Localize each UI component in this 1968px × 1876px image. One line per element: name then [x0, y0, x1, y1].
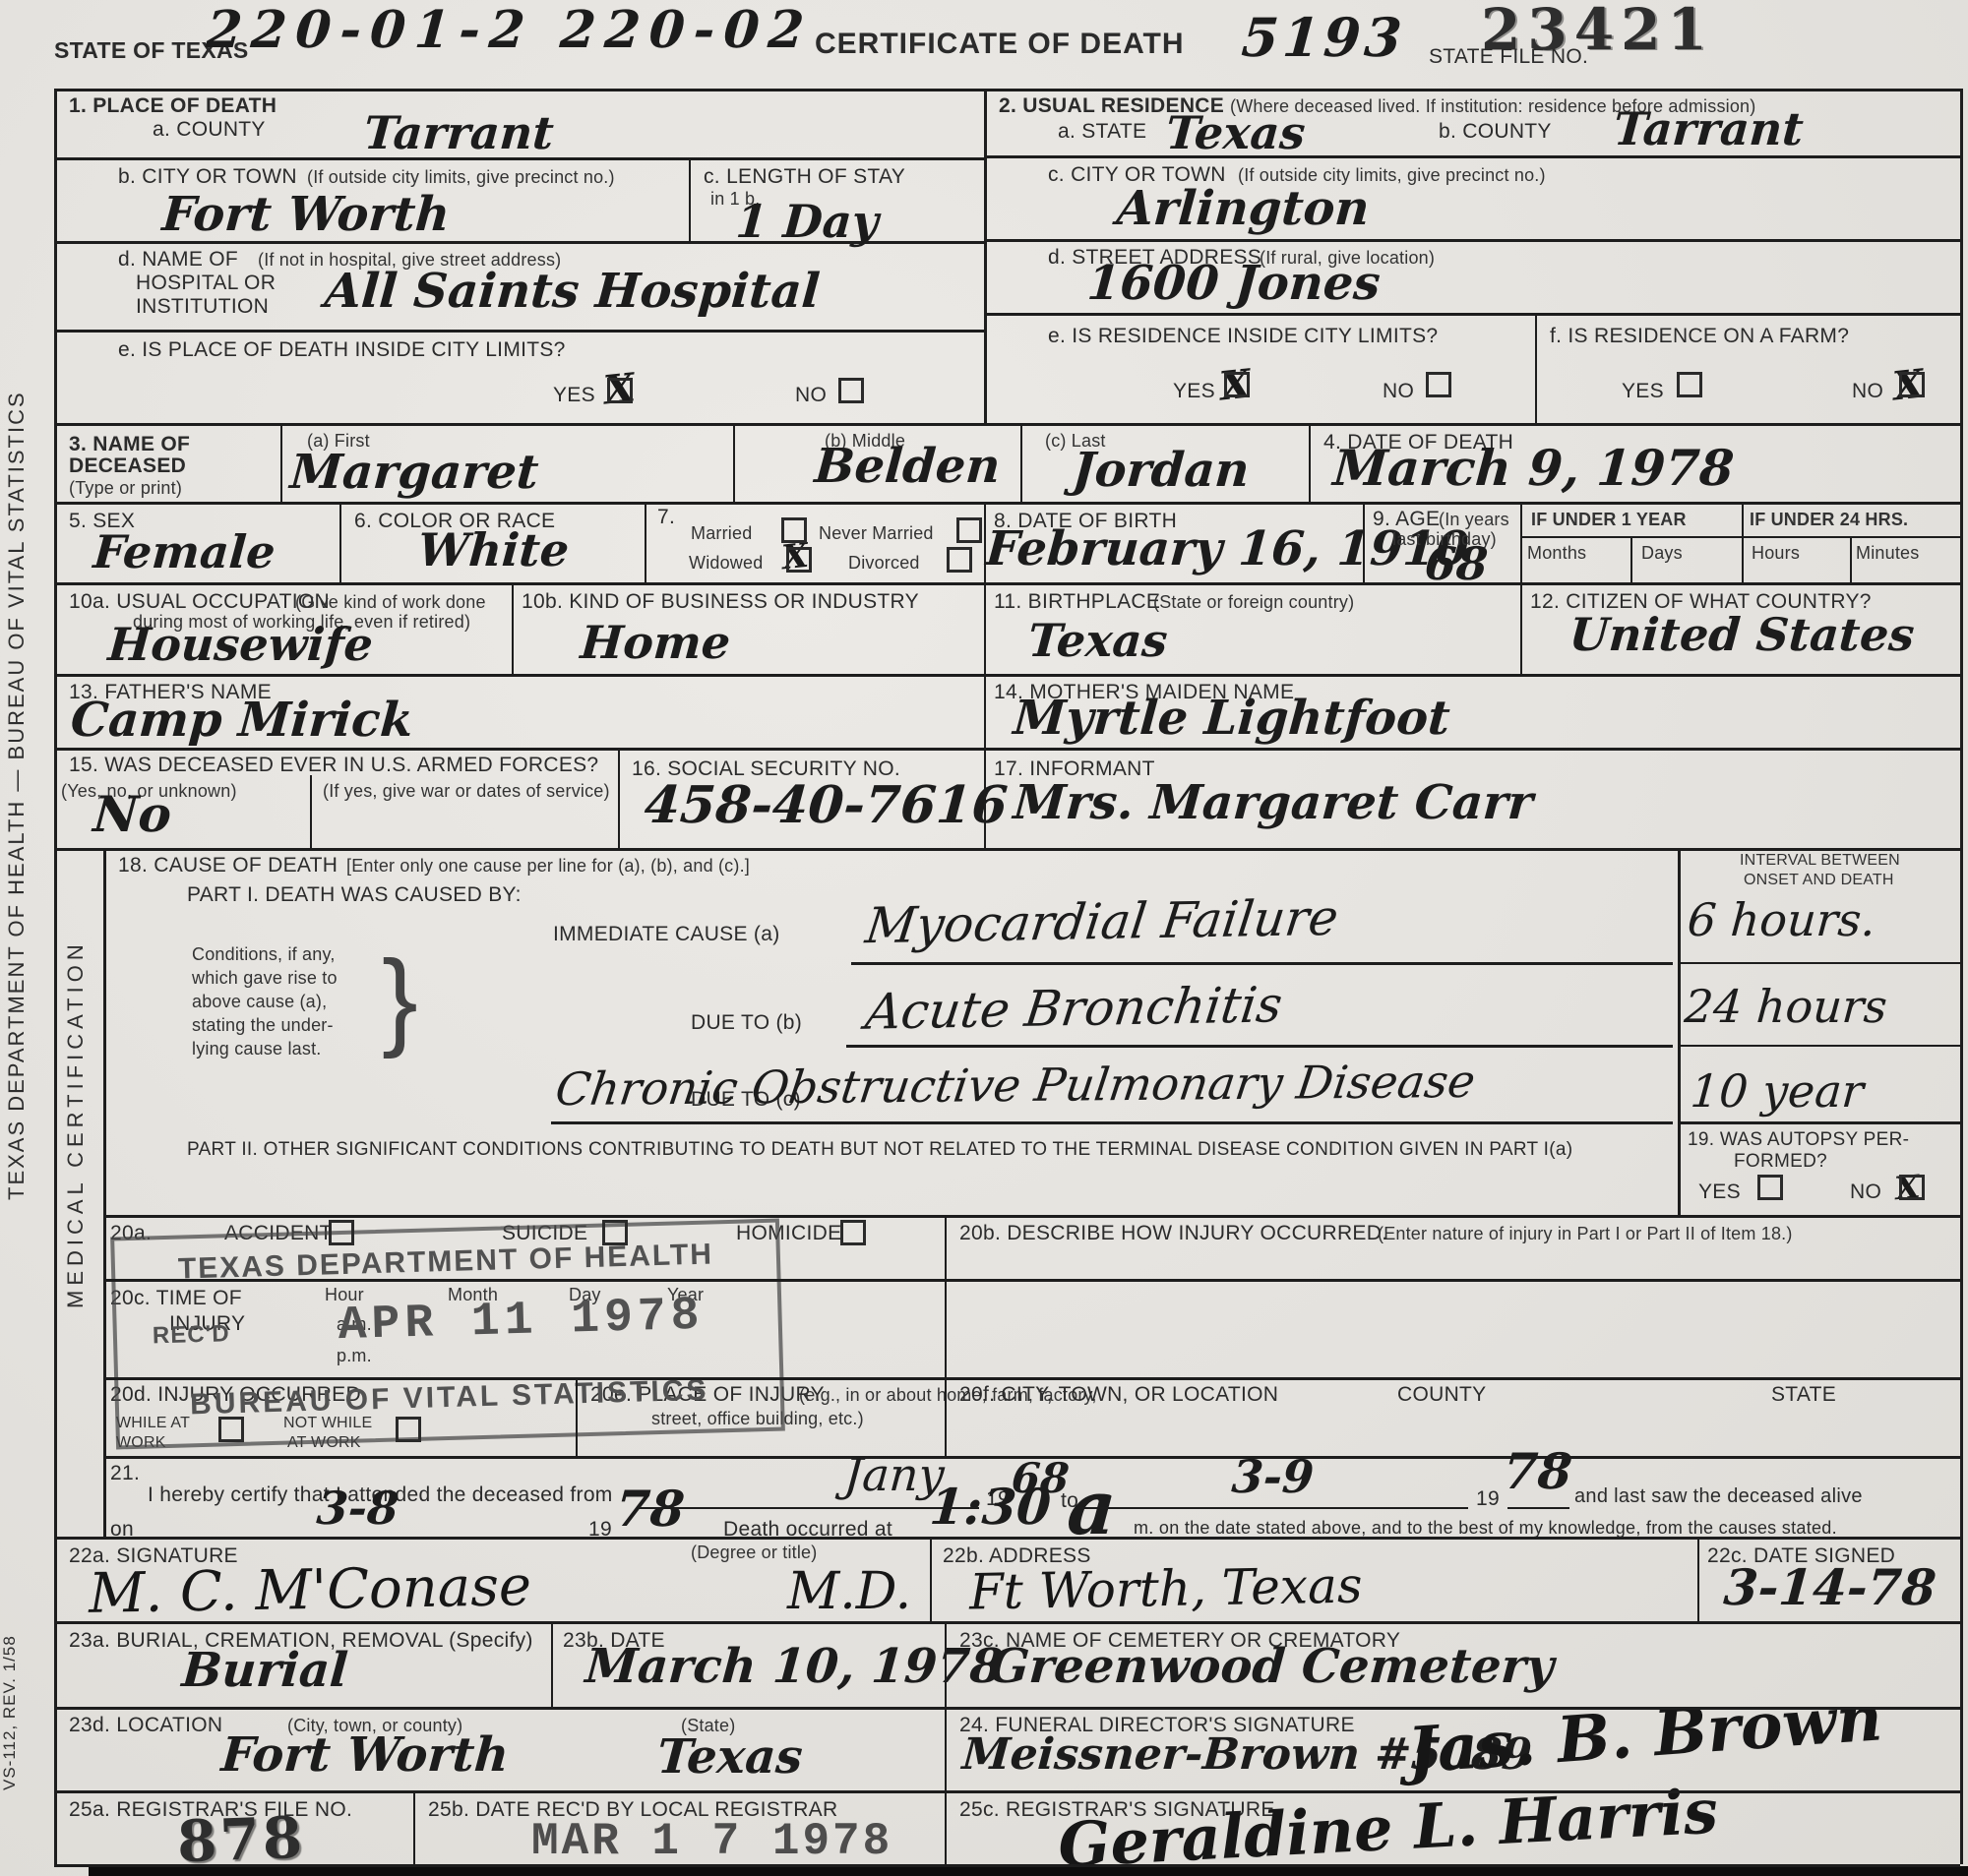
industry-value: Home [579, 616, 732, 669]
grid-line [984, 748, 986, 848]
grid-line [54, 89, 1960, 91]
grid-line [945, 1621, 947, 1864]
injury-state-label: STATE [1771, 1383, 1836, 1407]
grid-line [103, 1456, 1960, 1459]
grid-line [645, 502, 646, 582]
conditions-note-line2: which gave rise to [192, 968, 338, 989]
grid-line [512, 582, 514, 674]
grid-line [984, 674, 986, 748]
length-of-stay-value: 1 Day [734, 195, 880, 248]
autopsy-label1: 19. WAS AUTOPSY PER- [1688, 1129, 1909, 1151]
grid-line [1678, 962, 1960, 964]
grid-line [103, 848, 106, 1537]
residence-state-label: a. STATE [1058, 120, 1146, 144]
physician-address-value: Ft Worth, Texas [969, 1557, 1363, 1621]
grid-line [54, 330, 984, 333]
grid-line [54, 423, 1960, 426]
immediate-cause-label: IMMEDIATE CAUSE (a) [553, 923, 780, 946]
degree-or-title-label: (Degree or title) [691, 1543, 817, 1563]
sex-value: Female [92, 525, 277, 578]
injury-city-label: 20f. CITY, TOWN, OR LOCATION [959, 1383, 1278, 1407]
date-signed-value: 3-14-78 [1722, 1558, 1938, 1616]
cemetery-value: Greenwood Cemetery [987, 1639, 1556, 1694]
grid-line [1363, 502, 1365, 582]
armed-forces-value: No [92, 785, 173, 843]
interval-b-value: 24 hours [1683, 980, 1888, 1033]
conditions-note-line5: lying cause last. [192, 1039, 321, 1059]
county-value: Tarrant [362, 106, 555, 159]
if-under-1-year-label: IF UNDER 1 YEAR [1531, 510, 1687, 530]
residence-city-limits-label: e. IS RESIDENCE INSIDE CITY LIMITS? [1048, 325, 1438, 348]
grid-line [984, 239, 1960, 242]
certificate-number-stamp: 23421 [1481, 0, 1714, 63]
grid-line [1850, 536, 1852, 582]
grid-line [1742, 502, 1744, 582]
interval-header1: INTERVAL BETWEEN [1740, 852, 1900, 870]
due-to-b-value: Acute Bronchitis [862, 976, 1285, 1041]
burial-date-value: March 10, 1978 [584, 1639, 1005, 1694]
armed-forces-label: 15. WAS DECEASED EVER IN U.S. ARMED FORC… [69, 754, 598, 777]
place-of-death-title: 1. PLACE OF DEATH [69, 94, 277, 118]
hospital-name-label3: INSTITUTION [136, 295, 269, 319]
grid-line [1630, 536, 1632, 582]
grid-line [54, 848, 1960, 851]
checkbox[interactable] [838, 378, 864, 403]
street-address-value: 1600 Jones [1085, 256, 1382, 311]
interval-header2: ONSET AND DEATH [1744, 872, 1894, 889]
death-certificate-scan: STATE OF TEXAS 220-01-2 220-02 CERTIFICA… [0, 0, 1968, 1876]
burial-location-label: 23d. LOCATION [69, 1714, 222, 1737]
never-married-label: Never Married [819, 523, 934, 544]
days-label: Days [1641, 543, 1683, 564]
degree-value: M.D. [787, 1562, 911, 1621]
race-value: White [416, 523, 571, 576]
checkbox[interactable] [1426, 372, 1451, 397]
citizen-value: United States [1568, 608, 1916, 661]
birthplace-hint: (State or foreign country) [1153, 592, 1354, 613]
grid-line [851, 962, 1673, 965]
armed-forces-hint2: (If yes, give war or dates of service) [323, 781, 610, 802]
checkbox[interactable] [1224, 372, 1250, 397]
grid-line [1309, 423, 1311, 502]
checkbox[interactable] [947, 547, 972, 573]
residence-city-limits-yes-label: YES [1173, 380, 1215, 403]
grid-line [638, 1507, 979, 1509]
widowed-label: Widowed [689, 553, 763, 574]
county-label: a. COUNTY [153, 118, 266, 142]
occupation-hint1: (Give kind of work done [295, 592, 486, 613]
checkbox[interactable] [607, 378, 633, 403]
year-prefix-2: 19 [1476, 1487, 1500, 1511]
sidebar-dept-bureau-label: TEXAS DEPARTMENT OF HEALTH — BUREAU OF V… [4, 236, 30, 1200]
injury-county-label: COUNTY [1397, 1383, 1486, 1407]
first-name-value: Margaret [288, 445, 540, 500]
grid-line [945, 1215, 947, 1456]
checkbox[interactable] [786, 547, 812, 573]
checkbox[interactable] [396, 1417, 421, 1442]
city-or-town-hint: (If outside city limits, give precinct n… [307, 167, 615, 188]
grid-line [551, 1121, 1673, 1124]
part2-label: PART II. OTHER SIGNIFICANT CONDITIONS CO… [187, 1139, 1572, 1161]
grid-line [1520, 536, 1960, 538]
if-under-24-hrs-label: IF UNDER 24 HRS. [1750, 510, 1908, 530]
burial-type-value: Burial [180, 1643, 349, 1698]
name-of-deceased-label1: 3. NAME OF [69, 433, 190, 456]
months-label: Months [1527, 543, 1586, 564]
ssn-value: 458-40-7616 [643, 775, 1010, 835]
occupation-value: Housewife [106, 618, 375, 671]
grid-line [1507, 1507, 1569, 1509]
grid-line [339, 502, 341, 582]
immediate-cause-value: Myocardial Failure [862, 889, 1341, 955]
burial-city-value: Fort Worth [219, 1727, 511, 1783]
interval-c-value: 10 year [1689, 1064, 1866, 1118]
grid-line [54, 241, 984, 244]
scan-bottom-edge [89, 1866, 1968, 1876]
length-of-stay-label: c. LENGTH OF STAY [704, 165, 905, 189]
autopsy-yes-label: YES [1698, 1180, 1741, 1204]
grid-line [54, 89, 57, 1864]
physician-signature: M. C. M'Conase [88, 1554, 531, 1626]
grid-line [1678, 1045, 1960, 1047]
describe-injury-label: 20b. DESCRIBE HOW INJURY OCCURRED. [959, 1222, 1387, 1245]
residence-county-label: b. COUNTY [1439, 120, 1552, 144]
grid-line [54, 1707, 1960, 1710]
grid-line [984, 582, 986, 674]
district-numbers-handwritten: 220-01-2 220-02 [205, 0, 815, 60]
grid-line [146, 1537, 581, 1539]
grid-line [54, 1864, 1960, 1867]
age-hint1: (In years [1439, 510, 1509, 530]
last-seen-date: 3-8 [315, 1482, 400, 1535]
birthplace-label: 11. BIRTHPLACE [994, 590, 1160, 614]
grid-line [103, 1215, 1960, 1218]
conditions-brace: } [382, 937, 418, 1061]
sidebar-medical-certification-label: MEDICAL CERTIFICATION [63, 866, 89, 1308]
death-inside-city-limits-label: e. IS PLACE OF DEATH INSIDE CITY LIMITS? [118, 338, 566, 362]
checkbox[interactable] [602, 1220, 628, 1245]
residence-city-limits-no-label: NO [1383, 380, 1414, 403]
birthplace-value: Texas [1026, 614, 1169, 667]
part1-label: PART I. DEATH WAS CAUSED BY: [187, 883, 522, 907]
minutes-label: Minutes [1856, 543, 1919, 564]
due-to-b-label: DUE TO (b) [691, 1011, 802, 1035]
death-city-limits-no-label: NO [795, 384, 827, 407]
hospital-name-label2: HOSPITAL OR [136, 272, 276, 295]
residence-city-value: Arlington [1115, 181, 1371, 236]
checkbox[interactable] [1757, 1175, 1783, 1200]
fathers-name-value: Camp Mirick [69, 693, 415, 748]
occupation-label: 10a. USUAL OCCUPATION [69, 590, 330, 614]
grid-line [984, 89, 987, 423]
grid-line [1520, 582, 1522, 674]
residence-farm-no-label: NO [1852, 380, 1883, 403]
grid-line [1960, 89, 1963, 1864]
age-label: 9. AGE [1373, 508, 1440, 531]
name-of-deceased-label2: DECEASED [69, 454, 186, 478]
grid-line [984, 155, 1960, 158]
grid-line [984, 313, 1960, 316]
grid-line [930, 1537, 932, 1621]
autopsy-no-label: NO [1850, 1180, 1881, 1204]
married-label: Married [691, 523, 752, 544]
checkbox[interactable] [781, 517, 807, 543]
residence-farm-label: f. IS RESIDENCE ON A FARM? [1550, 325, 1849, 348]
conditions-note-line1: Conditions, if any, [192, 944, 336, 965]
grid-line [689, 157, 691, 241]
city-of-death-value: Fort Worth [160, 187, 452, 242]
stamp-recd-label: REC'D [153, 1320, 230, 1350]
checkbox[interactable] [218, 1417, 244, 1442]
received-stamp: TEXAS DEPARTMENT OF HEALTH REC'D APR 11 … [110, 1219, 785, 1450]
death-city-limits-yes-label: YES [553, 384, 595, 407]
grid-line [1678, 848, 1681, 1215]
conditions-note-line3: above cause (a), [192, 992, 327, 1012]
grid-line [1020, 423, 1022, 502]
certificate-title: CERTIFICATE OF DEATH [815, 28, 1185, 61]
certify-section-label: 21. [110, 1462, 140, 1485]
funeral-director-signature: Jas. B. Brown [1405, 1681, 1884, 1788]
autopsy-label2: FORMED? [1734, 1151, 1827, 1173]
conditions-note-line4: stating the under- [192, 1015, 334, 1036]
certify-line2-end: m. on the date stated above, and to the … [1134, 1518, 1837, 1539]
grid-line [551, 1621, 553, 1707]
checkbox[interactable] [1899, 372, 1925, 397]
grid-line [54, 748, 1960, 751]
describe-injury-hint: (Enter nature of injury in Part I or Par… [1378, 1224, 1793, 1244]
name-of-deceased-hint: (Type or print) [69, 478, 182, 499]
checkbox[interactable] [1899, 1175, 1925, 1200]
grid-line [54, 674, 1960, 677]
grid-line [1082, 1507, 1468, 1509]
grid-line [54, 1621, 1960, 1624]
grid-line [310, 775, 312, 848]
grid-line [1697, 1537, 1699, 1621]
grid-line [54, 582, 1960, 585]
checkbox[interactable] [840, 1220, 866, 1245]
grid-line [884, 1537, 1102, 1539]
interval-a-value: 6 hours. [1686, 893, 1877, 946]
grid-line [280, 423, 282, 502]
grid-line [1678, 1121, 1960, 1124]
grid-line [103, 1377, 1960, 1380]
cause-of-death-bracket: [Enter only one cause per line for (a), … [346, 856, 750, 877]
industry-label: 10b. KIND OF BUSINESS OR INDUSTRY [522, 590, 919, 614]
checkbox[interactable] [329, 1220, 354, 1245]
informant-value: Mrs. Margaret Carr [1012, 775, 1535, 830]
hospital-name-label: d. NAME OF [118, 248, 238, 272]
residence-county-value: Tarrant [1612, 102, 1805, 155]
divorced-label: Divorced [848, 553, 920, 574]
marital-section-label: 7. [657, 506, 675, 529]
burial-state-value: Texas [655, 1729, 804, 1785]
checkbox[interactable] [1677, 372, 1702, 397]
grid-line [54, 157, 984, 160]
mothers-maiden-name-value: Myrtle Lightfoot [1012, 691, 1451, 746]
last-name-value: Jordan [1071, 443, 1251, 498]
grid-line [1520, 502, 1522, 582]
grid-line [846, 1045, 1673, 1048]
residence-state-value: Texas [1164, 106, 1307, 159]
grid-line [618, 748, 620, 848]
grid-line [576, 1377, 578, 1456]
due-to-c-value: Chronic Obstructive Pulmonary Disease [552, 1055, 1478, 1116]
grid-line [984, 502, 986, 582]
hours-label: Hours [1752, 543, 1800, 564]
grid-line [612, 1537, 689, 1539]
grid-line [413, 1790, 415, 1864]
grid-line [54, 1790, 1960, 1793]
date-of-death-value: March 9, 1978 [1331, 439, 1736, 497]
state-file-no-handwritten: 5193 [1240, 6, 1408, 69]
city-or-town-label: b. CITY OR TOWN [118, 165, 297, 189]
middle-name-value: Belden [813, 439, 1002, 494]
grid-line [733, 423, 735, 502]
grid-line [103, 1279, 1960, 1282]
date-recd-registrar-stamp: MAR 1 7 1978 [531, 1816, 892, 1867]
residence-farm-yes-label: YES [1622, 380, 1664, 403]
cause-of-death-label: 18. CAUSE OF DEATH [118, 854, 338, 877]
checkbox[interactable] [956, 517, 982, 543]
certify-line1-end: and last saw the deceased alive [1574, 1485, 1863, 1508]
stamp-date: APR 11 1978 [264, 1288, 778, 1356]
form-number-label: VS-112, REV. 1/58 [0, 1544, 20, 1790]
attended-to-year: 78 [1502, 1442, 1574, 1500]
grid-line [1535, 313, 1537, 423]
hospital-name-value: All Saints Hospital [323, 264, 822, 319]
